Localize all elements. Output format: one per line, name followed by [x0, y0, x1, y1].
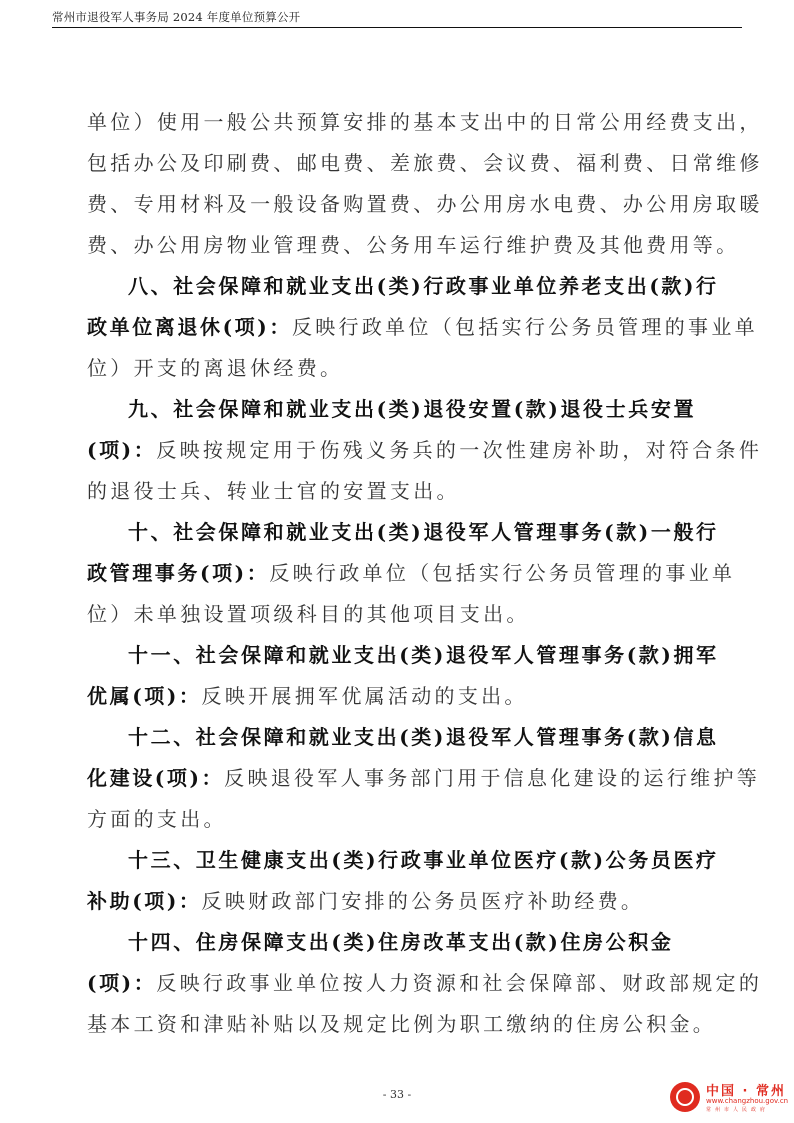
- text-line: 单位）使用一般公共预算安排的基本支出中的日常公用经费支出，: [87, 102, 707, 143]
- text-line: 的退役士兵、转业士官的安置支出。: [87, 471, 707, 512]
- heading-text: 优属(项)：: [87, 684, 202, 708]
- text-line: 费、专用材料及一般设备购置费、办公用房水电费、办公用房取暖: [87, 184, 707, 225]
- text-line: 位）未单独设置项级科目的其他项目支出。: [87, 594, 707, 635]
- body-text: 位）未单独设置项级科目的其他项目支出。: [87, 602, 530, 626]
- body-text: 的退役士兵、转业士官的安置支出。: [87, 479, 460, 503]
- paragraph: 十四、住房保障支出(类)住房改革支出(款)住房公积金(项)：反映行政事业单位按人…: [87, 922, 707, 1045]
- body-text: 位）开支的离退休经费。: [87, 356, 343, 380]
- text-line: 八、社会保障和就业支出(类)行政事业单位养老支出(款)行: [87, 266, 707, 307]
- heading-text: 九、社会保障和就业支出(类)退役安置(款)退役士兵安置: [128, 397, 696, 421]
- heading-text: 化建设(项)：: [87, 766, 224, 790]
- body-text: 反映行政事业单位按人力资源和社会保障部、财政部规定的: [156, 971, 762, 995]
- heading-text: 十二、社会保障和就业支出(类)退役军人管理事务(款)信息: [128, 725, 719, 749]
- text-line: 包括办公及印刷费、邮电费、差旅费、会议费、福利费、日常维修: [87, 143, 707, 184]
- text-line: 政单位离退休(项)：反映行政单位（包括实行公务员管理的事业单: [87, 307, 707, 348]
- body-text: 反映行政单位（包括实行公务员管理的事业单: [292, 315, 758, 339]
- text-line: 十二、社会保障和就业支出(类)退役军人管理事务(款)信息: [87, 717, 707, 758]
- paragraph: 十一、社会保障和就业支出(类)退役军人管理事务(款)拥军优属(项)：反映开展拥军…: [87, 635, 707, 717]
- text-line: 位）开支的离退休经费。: [87, 348, 707, 389]
- body-text: 反映财政部门安排的公务员医疗补助经费。: [202, 889, 645, 913]
- header-divider: [52, 27, 742, 28]
- paragraph: 八、社会保障和就业支出(类)行政事业单位养老支出(款)行政单位离退休(项)：反映…: [87, 266, 707, 389]
- text-line: 基本工资和津贴补贴以及规定比例为职工缴纳的住房公积金。: [87, 1004, 707, 1045]
- text-line: 十一、社会保障和就业支出(类)退役军人管理事务(款)拥军: [87, 635, 707, 676]
- body-text: 基本工资和津贴补贴以及规定比例为职工缴纳的住房公积金。: [87, 1012, 716, 1036]
- body-text: 反映按规定用于伤残义务兵的一次性建房补助，对符合条件: [156, 438, 762, 462]
- text-line: 十三、卫生健康支出(类)行政事业单位医疗(款)公务员医疗: [87, 840, 707, 881]
- heading-text: 政管理事务(项)：: [87, 561, 269, 585]
- text-line: 补助(项)：反映财政部门安排的公务员医疗补助经费。: [87, 881, 707, 922]
- emblem-icon: [670, 1082, 700, 1112]
- text-line: 十、社会保障和就业支出(类)退役军人管理事务(款)一般行: [87, 512, 707, 553]
- heading-text: 八、社会保障和就业支出(类)行政事业单位养老支出(款)行: [128, 274, 719, 298]
- body-text: 反映开展拥军优属活动的支出。: [202, 684, 528, 708]
- body-text: 反映退役军人事务部门用于信息化建设的运行维护等: [224, 766, 760, 790]
- paragraph: 单位）使用一般公共预算安排的基本支出中的日常公用经费支出，包括办公及印刷费、邮电…: [87, 102, 707, 266]
- text-line: (项)：反映行政事业单位按人力资源和社会保障部、财政部规定的: [87, 963, 707, 1004]
- document-body: 单位）使用一般公共预算安排的基本支出中的日常公用经费支出，包括办公及印刷费、邮电…: [87, 102, 707, 1045]
- heading-text: 十、社会保障和就业支出(类)退役军人管理事务(款)一般行: [128, 520, 719, 544]
- text-line: 政管理事务(项)：反映行政单位（包括实行公务员管理的事业单: [87, 553, 707, 594]
- text-line: 费、办公用房物业管理费、公务用车运行维护费及其他费用等。: [87, 225, 707, 266]
- paragraph: 十、社会保障和就业支出(类)退役军人管理事务(款)一般行政管理事务(项)：反映行…: [87, 512, 707, 635]
- logo-url: www.changzhou.gov.cn: [706, 1097, 788, 1105]
- text-line: (项)：反映按规定用于伤残义务兵的一次性建房补助，对符合条件: [87, 430, 707, 471]
- body-text: 包括办公及印刷费、邮电费、差旅费、会议费、福利费、日常维修: [87, 151, 763, 175]
- text-line: 九、社会保障和就业支出(类)退役安置(款)退役士兵安置: [87, 389, 707, 430]
- heading-text: 补助(项)：: [87, 889, 202, 913]
- body-text: 费、办公用房物业管理费、公务用车运行维护费及其他费用等。: [87, 233, 739, 257]
- body-text: 反映行政单位（包括实行公务员管理的事业单: [269, 561, 735, 585]
- paragraph: 九、社会保障和就业支出(类)退役安置(款)退役士兵安置(项)：反映按规定用于伤残…: [87, 389, 707, 512]
- heading-text: (项)：: [87, 971, 156, 995]
- text-line: 化建设(项)：反映退役军人事务部门用于信息化建设的运行维护等: [87, 758, 707, 799]
- text-line: 优属(项)：反映开展拥军优属活动的支出。: [87, 676, 707, 717]
- paragraph: 十二、社会保障和就业支出(类)退役军人管理事务(款)信息化建设(项)：反映退役军…: [87, 717, 707, 840]
- body-text: 单位）使用一般公共预算安排的基本支出中的日常公用经费支出，: [87, 110, 763, 134]
- text-line: 方面的支出。: [87, 799, 707, 840]
- heading-text: 十一、社会保障和就业支出(类)退役军人管理事务(款)拥军: [128, 643, 719, 667]
- logo-subtitle: 常州市人民政府: [706, 1106, 769, 1113]
- heading-text: (项)：: [87, 438, 156, 462]
- text-line: 十四、住房保障支出(类)住房改革支出(款)住房公积金: [87, 922, 707, 963]
- body-text: 方面的支出。: [87, 807, 227, 831]
- heading-text: 政单位离退休(项)：: [87, 315, 292, 339]
- running-header: 常州市退役军人事务局 2024 年度单位预算公开: [52, 9, 300, 25]
- paragraph: 十三、卫生健康支出(类)行政事业单位医疗(款)公务员医疗补助(项)：反映财政部门…: [87, 840, 707, 922]
- heading-text: 十三、卫生健康支出(类)行政事业单位医疗(款)公务员医疗: [128, 848, 719, 872]
- body-text: 费、专用材料及一般设备购置费、办公用房水电费、办公用房取暖: [87, 192, 763, 216]
- heading-text: 十四、住房保障支出(类)住房改革支出(款)住房公积金: [128, 930, 673, 954]
- changzhou-gov-logo[interactable]: 中国 · 常州 www.changzhou.gov.cn 常州市人民政府: [670, 1080, 790, 1120]
